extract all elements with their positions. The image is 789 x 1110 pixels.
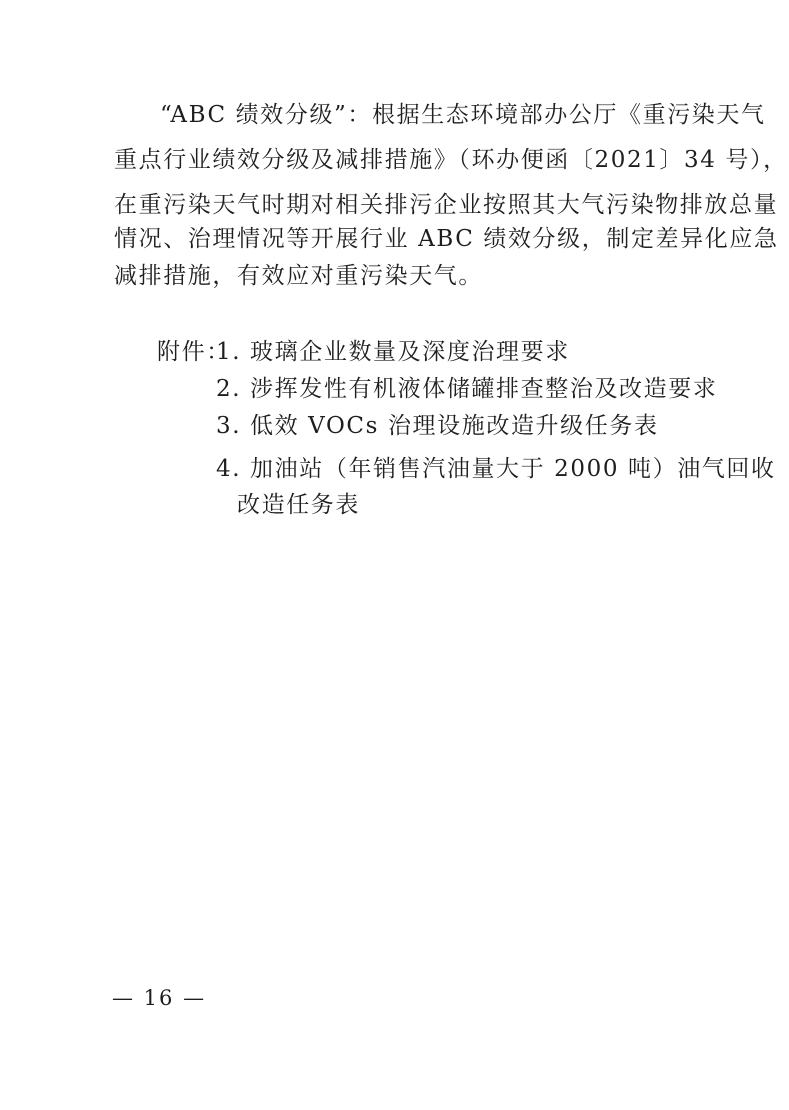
paragraph-line-5: 减排措施，有效应对重污染天气。 [114, 257, 483, 290]
attachment-item-2: 2. 涉挥发性有机液体储罐排查整治及改造要求 [216, 370, 717, 403]
attachment-item-4: 4. 加油站（年销售汽油量大于 2000 吨）油气回收 [216, 450, 776, 483]
attachment-item-4-cont: 改造任务表 [237, 486, 360, 519]
paragraph-line-1: “ABC 绩效分级”：根据生态环境部办公厅《重污染天气 [160, 96, 766, 129]
attachment-item-1: 1. 玻璃企业数量及深度治理要求 [216, 333, 570, 366]
paragraph-line-3: 在重污染天气时期对相关排污企业按照其大气污染物排放总量 [114, 186, 778, 219]
paragraph-line-2: 重点行业绩效分级及减排措施》（环办便函〔2021〕34 号）， [114, 141, 788, 174]
attachment-item-3: 3. 低效 VOCs 治理设施改造升级任务表 [216, 407, 659, 440]
page-number: — 16 — [112, 986, 206, 1010]
paragraph-line-4: 情况、治理情况等开展行业 ABC 绩效分级，制定差异化应急 [114, 220, 779, 253]
